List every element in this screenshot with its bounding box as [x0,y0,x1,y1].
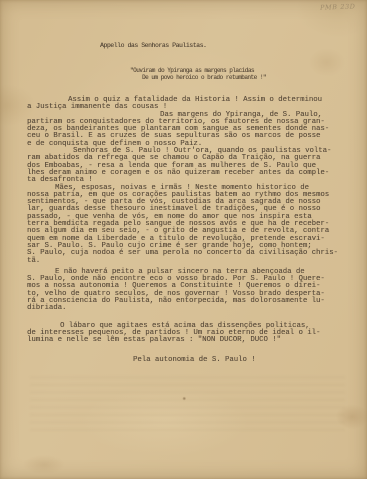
paragraph-6: O lábaro que agitaes está acima das diss… [27,323,359,345]
epigraph-quote: "Ouviram do Ypiranga as margens placidas… [130,67,266,82]
epigraph-line-1: "Ouviram do Ypiranga as margens placidas [130,67,266,74]
epigraph-line-2: De um povo heroico o brado retumbante !" [142,74,266,81]
document-title: Appello das Senhoras Paulistas. [100,42,207,49]
paragraph-2: Das margens do Ypiranga, de S. Paulo, pa… [27,112,359,148]
document-page: PMB 23D Appello das Senhoras Paulistas. … [0,0,367,479]
archival-pencil-code: PMB 23D [320,2,356,11]
paragraph-1: Assim o quiz a fatalidade da Historia ! … [27,97,359,112]
document-body: Assim o quiz a fatalidade da Historia ! … [27,97,359,364]
paragraph-5: E não haverá peito a pulsar sincero na t… [27,269,359,313]
reverse-side-bleed-through [30,376,345,434]
paragraph-3: Senhoras de S. Paulo ! Outr'ora, quando … [27,148,359,184]
closing-line: Pela autonomia de S. Paulo ! [133,357,359,364]
paragraph-4: Mães, esposas, noivas e irmãs ! Neste mo… [27,185,359,265]
